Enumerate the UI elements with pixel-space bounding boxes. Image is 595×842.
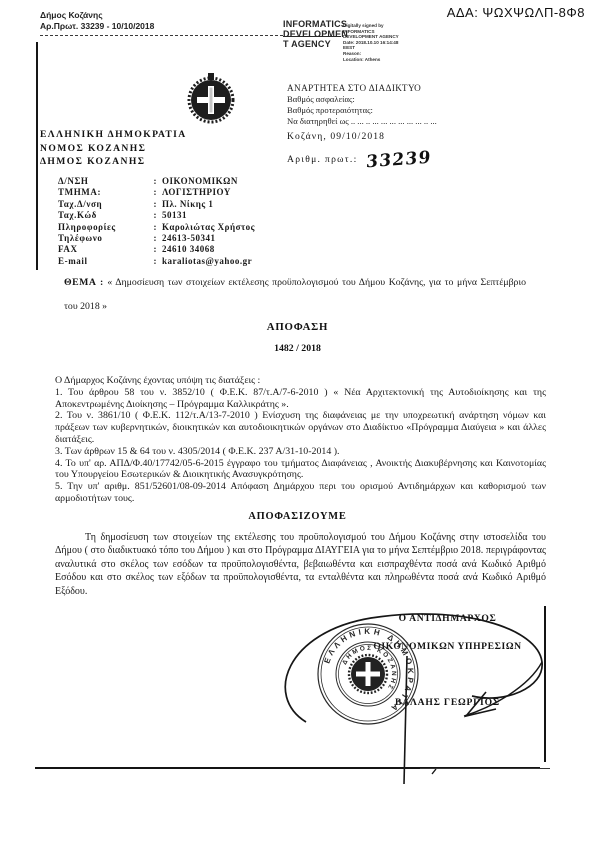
letterhead-municipality: ΔΗΜΟΣ ΚΟΖΑΝΗΣ — [40, 155, 187, 169]
retention-label: Να διατηρηθεί ως .. ... .. ... ... ... .… — [287, 116, 437, 127]
subject-label: ΘΕΜΑ : — [64, 277, 104, 288]
signatory-title-1: Ο ΑΝΤΙΔΗΜΑΡΧΟΣ — [330, 613, 565, 624]
decision-body: Ο Δήμαρχος Κοζάνης έχοντας υπόψη τις δια… — [55, 375, 546, 505]
digital-signature-details: Digitally signed by INFORMATICS DEVELOPM… — [343, 23, 399, 62]
sender-header: Δήμος Κοζάνης Αρ.Πρωτ. 33239 - 10/10/201… — [40, 10, 154, 32]
scan-vertical-line-left — [36, 42, 38, 270]
decision-item: 3. Των άρθρων 15 & 64 του ν. 4305/2014 (… — [55, 446, 546, 458]
digital-signature-agency: INFORMATICS DEVELOPMEN T AGENCY — [283, 19, 348, 49]
priority-grade-label: Βαθμός προτεραιότητας: — [287, 105, 437, 116]
scan-dashed-line — [40, 35, 283, 36]
anartitea-title: ΑΝΑΡΤΗΤΕΑ ΣΤΟ ΔΙΑΔΙΚΤΥΟ — [287, 83, 437, 94]
handwritten-protocol-number: 33239 — [365, 148, 432, 173]
contact-row: ΤΜΗΜΑ::ΛΟΓΙΣΤΗΡΙΟΥ — [58, 187, 255, 198]
contact-row: Τηλέφωνο:24613-50341 — [58, 233, 255, 244]
resolution-title: ΑΠΟΦΑΣΙΖΟΥΜΕ — [0, 511, 595, 522]
decision-number: 1482 / 2018 — [0, 343, 595, 354]
signatory-name: ΒΑΛΑΗΣ ΓΕΩΡΓΙΟΣ — [330, 697, 565, 708]
municipal-emblem-icon — [185, 72, 237, 126]
contact-row: Πληροφορίες:Καρολιώτας Χρήστος — [58, 222, 255, 233]
contact-row: E-mail:karaliotas@yahoo.gr — [58, 256, 255, 267]
anartitea-block: ΑΝΑΡΤΗΤΕΑ ΣΤΟ ΔΙΑΔΙΚΤΥΟ Βαθμός ασφαλείας… — [287, 83, 437, 127]
protocol-number-label: Αριθμ. πρωτ.: — [287, 154, 358, 165]
ada-code: ΑΔΑ: ΨΩΧΨΩΛΠ-8Φ8 — [300, 5, 585, 20]
subject-paragraph: ΘΕΜΑ : « Δημοσίευση των στοιχείων εκτέλε… — [64, 271, 526, 319]
sender-protocol-line: Αρ.Πρωτ. 33239 - 10/10/2018 — [40, 21, 154, 32]
contact-row: Ταχ.Κώδ:50131 — [58, 210, 255, 221]
contact-row: Ταχ.Δ/νση:Πλ. Νίκης 1 — [58, 199, 255, 210]
decision-item: 1. Του άρθρου 58 του ν. 3852/10 ( Φ.Ε.Κ.… — [55, 387, 546, 411]
letterhead: ΕΛΛΗΝΙΚΗ ΔΗΜΟΚΡΑΤΙΑ ΝΟΜΟΣ ΚΟΖΑΝΗΣ ΔΗΜΟΣ … — [40, 128, 187, 169]
sender-municipality: Δήμος Κοζάνης — [40, 10, 154, 21]
contact-row: FAX:24610 34068 — [58, 244, 255, 255]
resolution-paragraph: Τη δημοσίευση των στοιχείων της εκτέλεση… — [55, 531, 546, 598]
decision-item: 4. Το υπ' αρ. ΑΠΔ/Φ.40/17742/05-6-2015 έ… — [55, 458, 546, 482]
letterhead-prefecture: ΝΟΜΟΣ ΚΟΖΑΝΗΣ — [40, 142, 187, 156]
decision-intro: Ο Δήμαρχος Κοζάνης έχοντας υπόψη τις δια… — [55, 375, 546, 387]
scan-horizontal-line-bottom-thin — [420, 768, 550, 769]
decision-item: 2. Του ν. 3861/10 ( Φ.Ε.Κ. 112/τ.Α/13-7-… — [55, 410, 546, 445]
scanned-document-page: Δήμος Κοζάνης Αρ.Πρωτ. 33239 - 10/10/201… — [0, 0, 595, 842]
decision-title: ΑΠΟΦΑΣΗ — [0, 321, 595, 333]
contact-row: Δ/ΝΣΗ:ΟΙΚΟΝΟΜΙΚΩΝ — [58, 176, 255, 187]
signatory-title-2: ΟΙΚΟΝΟΜΙΚΩΝ ΥΠΗΡΕΣΙΩΝ — [330, 641, 565, 652]
signatory-titles: Ο ΑΝΤΙΔΗΜΑΡΧΟΣ ΟΙΚΟΝΟΜΙΚΩΝ ΥΠΗΡΕΣΙΩΝ — [330, 613, 565, 652]
subject-text: « Δημοσίευση των στοιχείων εκτέλεσης προ… — [64, 277, 526, 312]
protocol-number-line: Αριθμ. πρωτ.:33239 — [287, 150, 431, 170]
city-and-date: Κοζάνη, 09/10/2018 — [287, 131, 385, 142]
decision-item: 5. Την υπ' αριθμ. 851/52601/08-09-2014 Α… — [55, 481, 546, 505]
letterhead-country: ΕΛΛΗΝΙΚΗ ΔΗΜΟΚΡΑΤΙΑ — [40, 128, 187, 142]
security-grade-label: Βαθμός ασφαλείας: — [287, 94, 437, 105]
contact-details: Δ/ΝΣΗ:ΟΙΚΟΝΟΜΙΚΩΝ ΤΜΗΜΑ::ΛΟΓΙΣΤΗΡΙΟΥ Ταχ… — [58, 176, 255, 267]
